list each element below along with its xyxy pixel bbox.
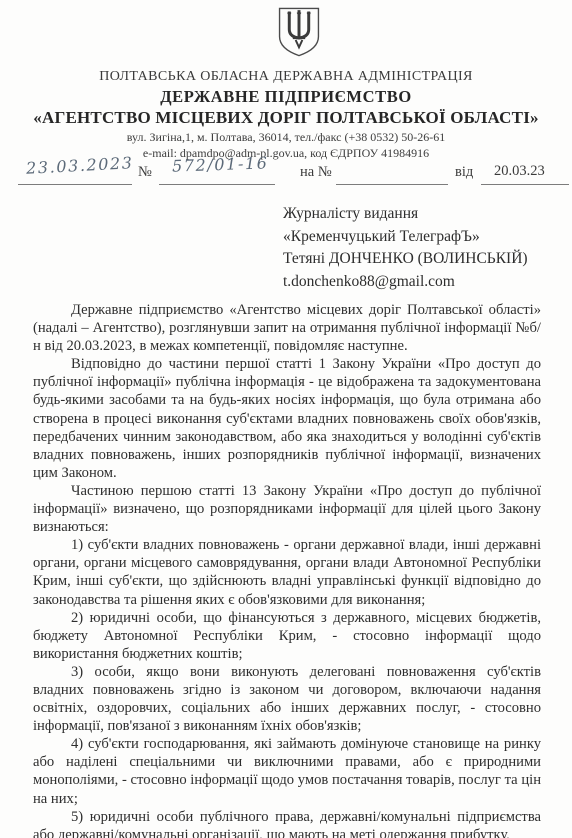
body-list-item-1: 1) суб'єкти владних повноважень - органи… bbox=[33, 536, 541, 608]
body-list-item-4: 4) суб'єкти господарювання, які займають… bbox=[33, 735, 541, 807]
administration-name: ПОЛТАВСЬКА ОБЛАСНА ДЕРЖАВНА АДМІНІСТРАЦІ… bbox=[0, 69, 572, 85]
scanned-letter-page: ПОЛТАВСЬКА ОБЛАСНА ДЕРЖАВНА АДМІНІСТРАЦІ… bbox=[0, 0, 572, 838]
body-list-item-3: 3) особи, якщо вони виконують делеговані… bbox=[33, 663, 541, 735]
recipient-name: Тетяні ДОНЧЕНКО (ВОЛИНСЬКІЙ) bbox=[283, 248, 528, 271]
letterhead: ПОЛТАВСЬКА ОБЛАСНА ДЕРЖАВНА АДМІНІСТРАЦІ… bbox=[0, 0, 572, 161]
enterprise-name: «АГЕНТСТВО МІСЦЕВИХ ДОРІГ ПОЛТАВСЬКОЇ ОБ… bbox=[0, 108, 572, 128]
postal-address: вул. Зигіна,1, м. Полтава, 36014, тел./ф… bbox=[0, 130, 572, 145]
number-rule-line bbox=[159, 184, 275, 185]
body-paragraph-article13: Частиною першою статті 13 Закону України… bbox=[33, 482, 541, 536]
body-paragraph-article1: Відповідно до частини першої статті 1 За… bbox=[33, 355, 541, 482]
recipient-role: Журналісту видання bbox=[283, 203, 528, 226]
body-list-item-2: 2) юридичні особи, що фінансуються з дер… bbox=[33, 609, 541, 663]
incoming-from-label: від bbox=[455, 164, 473, 181]
incoming-number-label: на № bbox=[300, 164, 332, 181]
number-sign-label: № bbox=[138, 164, 152, 181]
incoming-number-rule-line bbox=[336, 184, 448, 185]
recipient-block: Журналісту видання «Кременчуцький Телегр… bbox=[283, 203, 528, 293]
date-rule-line bbox=[18, 184, 132, 185]
incoming-date-rule-line bbox=[481, 184, 569, 185]
letter-body: Державне підприємство «Агентство місцеви… bbox=[33, 301, 541, 838]
enterprise-type: ДЕРЖАВНЕ ПІДПРИЄМСТВО bbox=[0, 87, 572, 107]
body-paragraph-intro: Державне підприємство «Агентство місцеви… bbox=[33, 301, 541, 355]
ukraine-trident-emblem bbox=[277, 7, 321, 57]
outgoing-number-handwritten: 572/01-16 bbox=[172, 153, 269, 175]
recipient-outlet: «Кременчуцький ТелеграфЪ» bbox=[283, 226, 528, 249]
body-list-item-5: 5) юридичні особи публічного права, держ… bbox=[33, 808, 541, 838]
incoming-date: 20.03.23 bbox=[494, 163, 545, 180]
recipient-email: t.donchenko88@gmail.com bbox=[283, 271, 528, 294]
